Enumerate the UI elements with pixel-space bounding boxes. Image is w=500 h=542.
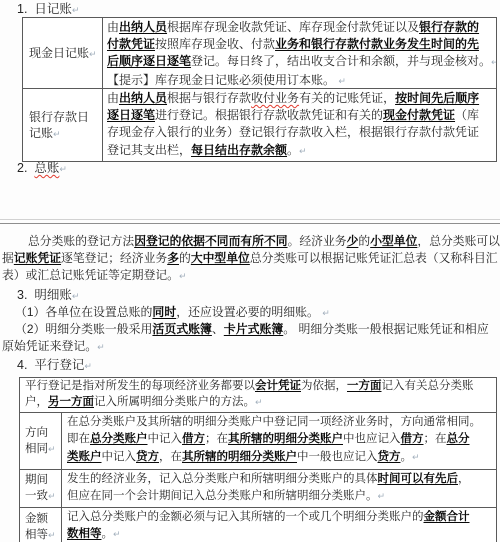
document-page: 1. 日记账↵ 现金日记账↵ 由出纳人员根据库存现金收款凭证、库存现金付款凭证以… <box>0 0 500 542</box>
row-label-equal-amount: 金额相等↵ <box>20 508 62 542</box>
row-label-same-period: 期间一致↵ <box>20 470 62 507</box>
row-content-same-period: 发生的经济业务，记入总分类账户和所辖明细分类账户的具体时间可以有先后，但应在同一… <box>62 470 496 507</box>
row-content-bank-journal: 由出纳人员根据与银行存款收付业务有关的记账凭证，按时间先后顺序逐日逐笔进行登记。… <box>103 89 496 161</box>
row-label-cash-journal: 现金日记账↵ <box>23 18 103 88</box>
page-break-divider <box>0 219 500 224</box>
parallel-posting-table: 平行登记是指对所发生的每项经济业务都要以会计凭证为依据，一方面记入有关总分类账户… <box>19 377 497 542</box>
table-row-same-period: 期间一致↵ 发生的经济业务，记入总分类账户和所辖明细分类账户的具体时间可以有先后… <box>20 469 496 507</box>
table-row-bank-journal: 银行存款日记账↵ 由出纳人员根据与银行存款收付业务有关的记账凭证，按时间先后顺序… <box>23 88 496 161</box>
table-row-cash-journal: 现金日记账↵ 由出纳人员根据库存现金收款凭证、库存现金付款凭证以及银行存款的付款… <box>23 18 496 88</box>
subsidiary-point-2-continued: 原始凭证来登记。↵ <box>2 339 105 354</box>
row-label-bank-journal: 银行存款日记账↵ <box>23 89 103 161</box>
subsidiary-point-1: （1）各单位在设置总账的同时，还应设置必要的明细账。 ↵ <box>15 305 330 320</box>
table-row-same-direction: 方向相同↵ 在总分类账户及其所辖的明细分类账户中登记同一项经济业务时，方向通常相… <box>20 413 496 469</box>
row-content-same-direction: 在总分类账户及其所辖的明细分类账户中登记同一项经济业务时，方向通常相同。即在总分… <box>62 413 496 469</box>
row-content-equal-amount: 记入总分类账户的金额必须与记入其所辖的一个或几个明细分类账户的金额合计数相等。↵ <box>62 508 496 542</box>
table-row-equal-amount: 金额相等↵ 记入总分类账户的金额必须与记入其所辖的一个或几个明细分类账户的金额合… <box>20 507 496 542</box>
subsidiary-point-2: （2）明细分类账一般采用活页式账簿、卡片式账簿。 明细分类账一般根据记账凭证和相… <box>15 322 489 336</box>
row-content-cash-journal: 由出纳人员根据库存现金收款凭证、库存现金付款凭证以及银行存款的付款凭证按照库存现… <box>103 18 496 88</box>
heading-parallel-posting: 4. 平行登记↵ <box>17 358 92 373</box>
journal-table: 现金日记账↵ 由出纳人员根据库存现金收款凭证、库存现金付款凭证以及银行存款的付款… <box>22 17 497 162</box>
general-ledger-paragraph: 总分类账的登记方法因登记的依据不同而有所不同。经济业务少的小型单位，总分类账可以… <box>0 233 500 285</box>
heading-journal: 1. 日记账↵ <box>17 2 79 17</box>
heading-subsidiary-ledger: 3. 明细账↵ <box>17 288 79 303</box>
heading-general-ledger: 2. 总账↵ <box>17 161 67 176</box>
row-label-same-direction: 方向相同↵ <box>20 413 62 469</box>
parallel-table-definition: 平行登记是指对所发生的每项经济业务都要以会计凭证为依据，一方面记入有关总分类账户… <box>20 378 496 413</box>
